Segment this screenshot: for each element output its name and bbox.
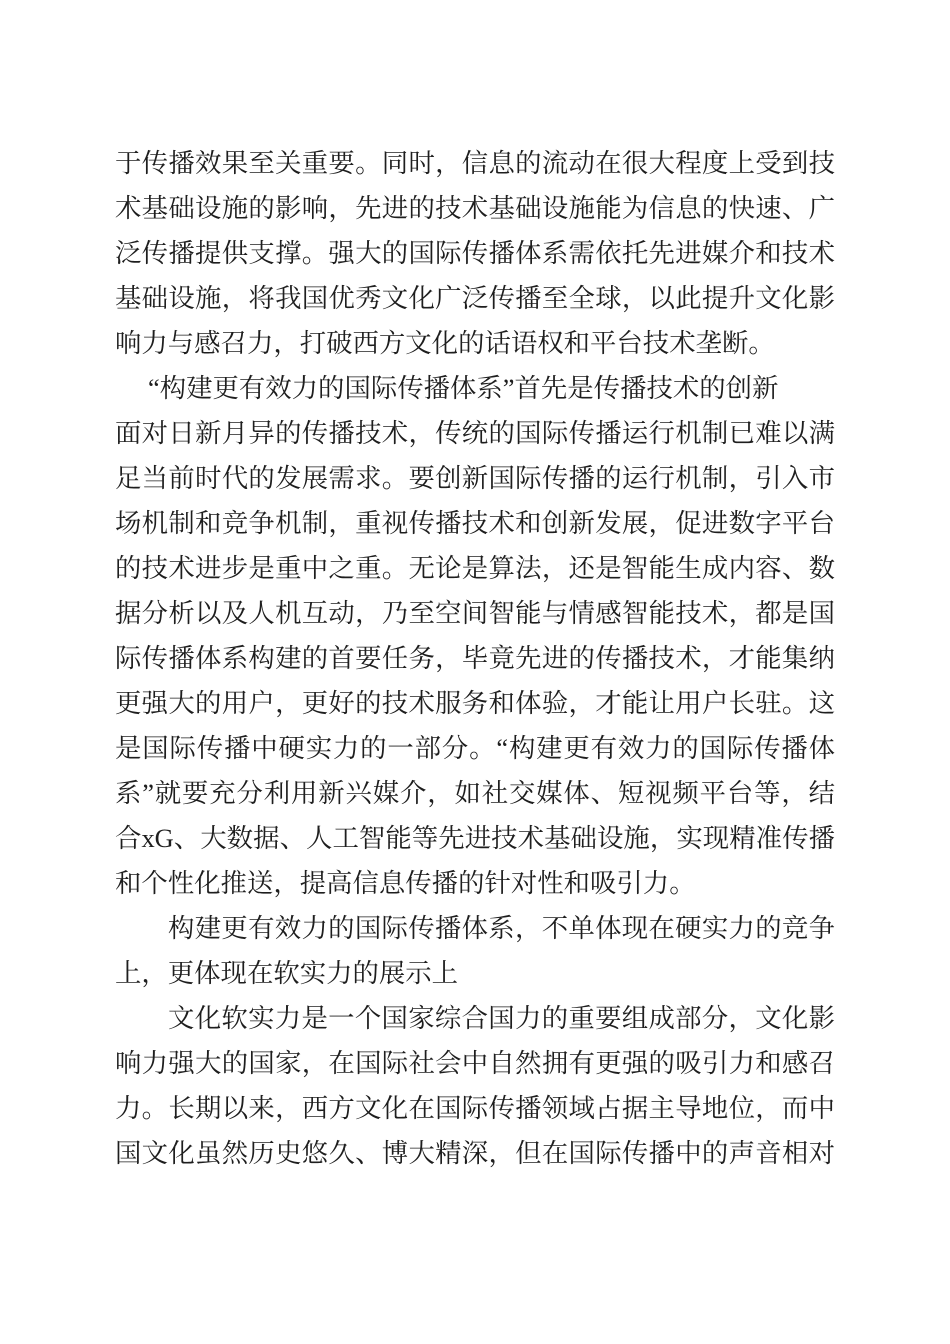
text-line: 基础设施，将我国优秀文化广泛传播至全球，以此提升文化影 — [115, 276, 835, 321]
document-page: 于传播效果至关重要。同时，信息的流动在很大程度上受到技 术基础设施的影响，先进的… — [0, 0, 950, 1344]
text-line: 于传播效果至关重要。同时，信息的流动在很大程度上受到技 — [115, 141, 835, 186]
text-line: 的技术进步是重中之重。无论是算法，还是智能生成内容、数 — [115, 546, 835, 591]
text-line: 据分析以及人机互动，乃至空间智能与情感智能技术，都是国 — [115, 591, 835, 636]
text-line: 国文化虽然历史悠久、博大精深，但在国际传播中的声音相对 — [115, 1131, 835, 1176]
text-line: 术基础设施的影响，先进的技术基础设施能为信息的快速、广 — [115, 186, 835, 231]
text-line: 更强大的用户，更好的技术服务和体验，才能让用户长驻。这 — [115, 681, 835, 726]
text-line: 是国际传播中硬实力的一部分。“构建更有效力的国际传播体 — [115, 726, 835, 771]
text-line: 场机制和竞争机制，重视传播技术和创新发展，促进数字平台 — [115, 501, 835, 546]
text-line: 合xG、大数据、人工智能等先进技术基础设施，实现精准传播 — [115, 816, 835, 861]
text-line: 响力强大的国家，在国际社会中自然拥有更强的吸引力和感召 — [115, 1041, 835, 1086]
text-line: 响力与感召力，打破西方文化的话语权和平台技术垄断。 — [115, 321, 835, 366]
text-line: 力。长期以来，西方文化在国际传播领域占据主导地位，而中 — [115, 1086, 835, 1131]
text-line: 构建更有效力的国际传播体系，不单体现在硬实力的竞争 — [115, 906, 835, 951]
text-line: 面对日新月异的传播技术，传统的国际传播运行机制已难以满 — [115, 411, 835, 456]
text-line: 足当前时代的发展需求。要创新国际传播的运行机制，引入市 — [115, 456, 835, 501]
text-line: 际传播体系构建的首要任务，毕竟先进的传播技术，才能集纳 — [115, 636, 835, 681]
text-line: 泛传播提供支撑。强大的国际传播体系需依托先进媒介和技术 — [115, 231, 835, 276]
document-text-block: 于传播效果至关重要。同时，信息的流动在很大程度上受到技 术基础设施的影响，先进的… — [115, 141, 835, 1176]
text-line: 系”就要充分利用新兴媒介，如社交媒体、短视频平台等，结 — [115, 771, 835, 816]
text-line-subheading: “构建更有效力的国际传播体系”首先是传播技术的创新 — [115, 366, 835, 411]
text-line: 文化软实力是一个国家综合国力的重要组成部分，文化影 — [115, 996, 835, 1041]
text-line: 上，更体现在软实力的展示上 — [115, 951, 835, 996]
text-line: 和个性化推送，提高信息传播的针对性和吸引力。 — [115, 861, 835, 906]
